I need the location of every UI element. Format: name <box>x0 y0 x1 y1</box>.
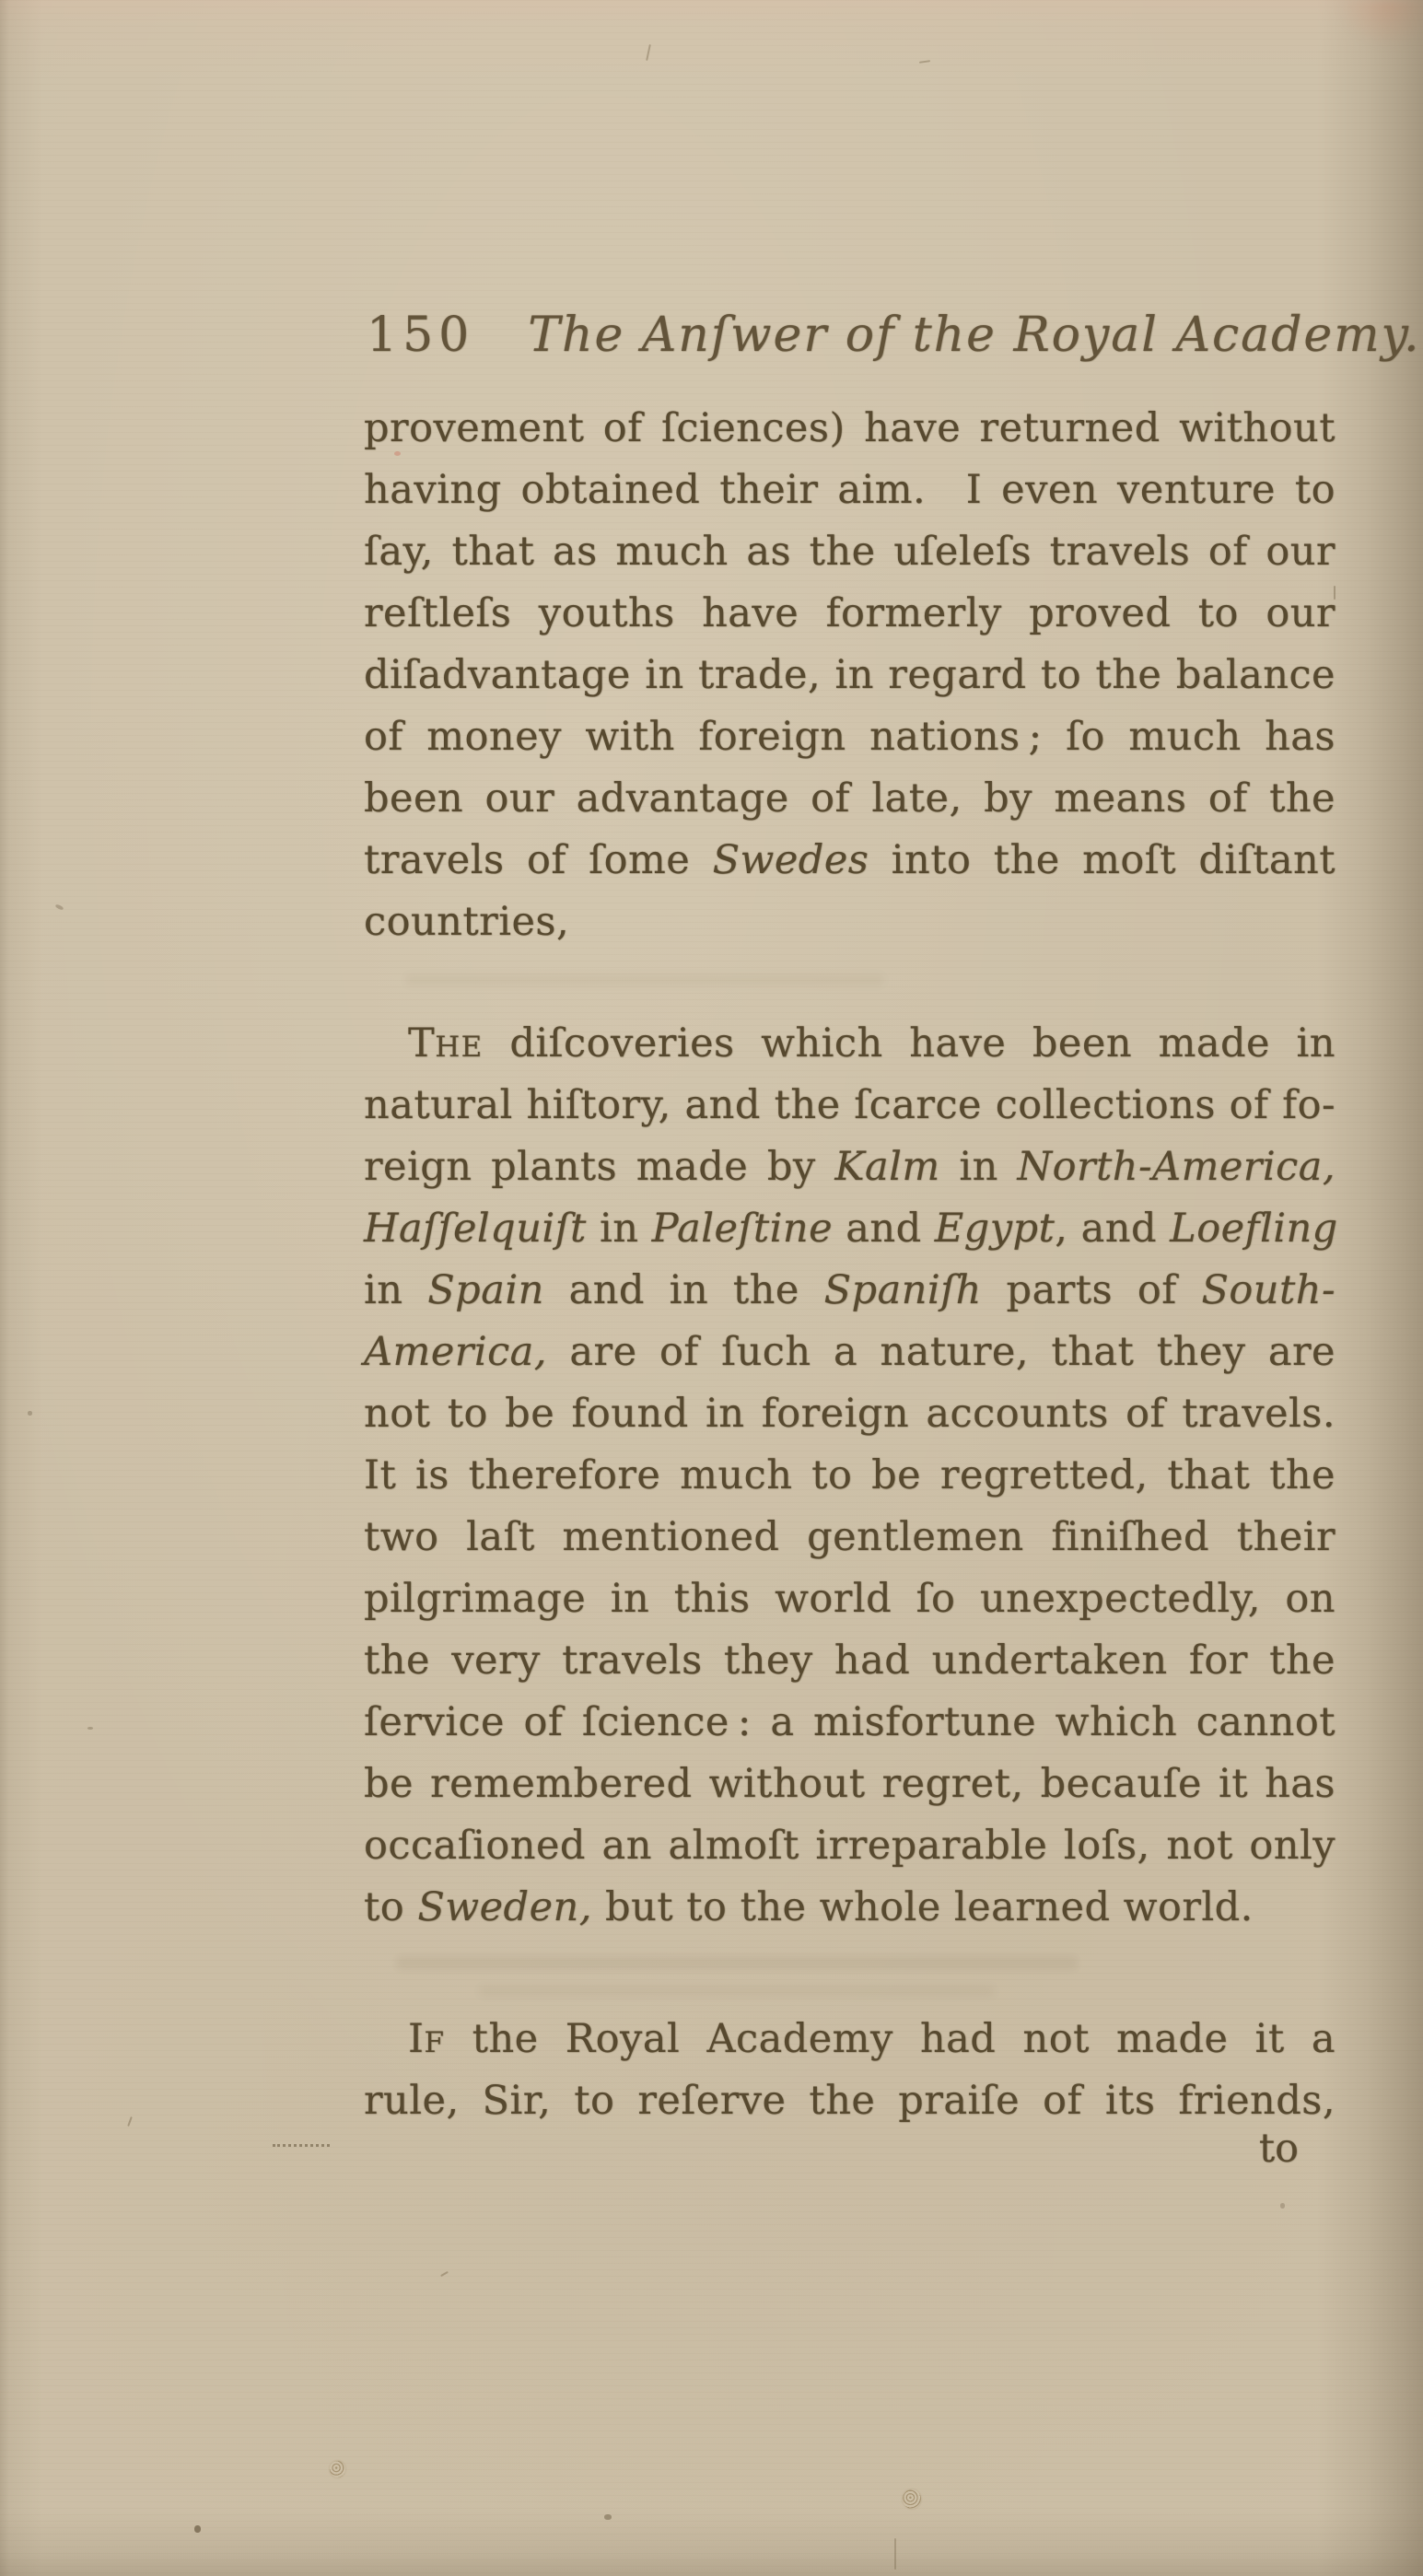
paper-speck <box>28 1411 32 1416</box>
text-line: countries, <box>364 892 1336 953</box>
paper-fiber <box>440 2271 449 2277</box>
text-line: ſay, that as much as the uſeleſs travels… <box>364 521 1336 583</box>
text-line: It is therefore much to be regretted, th… <box>364 1445 1336 1507</box>
body-text: and <box>833 1206 935 1252</box>
text-line: in Spain and in the Spaniſh parts of Sou… <box>364 1260 1336 1322</box>
text-line: diſadvantage in trade, in regard to the … <box>364 645 1336 706</box>
body-text: travels of ſome <box>364 837 713 883</box>
body-text: F <box>425 2026 446 2059</box>
text-line: two laſt mentioned gentlemen finiſhed th… <box>364 1507 1336 1568</box>
body-text: of money with foreign nations ; ſo much … <box>364 714 1336 760</box>
text-line: not to be found in foreign accounts of t… <box>364 1383 1336 1445</box>
body-text: into the moſt diſtant <box>869 837 1336 883</box>
body-text: provement of ſciences) have returned wit… <box>364 405 1336 451</box>
paper-fiber <box>919 60 930 64</box>
paper-speck <box>194 2525 201 2533</box>
body-text: the very travels they had undertaken for… <box>364 1638 1336 1684</box>
paper-fiber <box>646 44 651 61</box>
body-text: been our advantage of late, by means of … <box>364 775 1336 822</box>
body-text: are of ſuch a nature, that they are <box>547 1329 1336 1375</box>
text-line: the very travels they had undertaken for… <box>364 1630 1336 1692</box>
italic-text: Egypt <box>935 1206 1056 1252</box>
body-text: the Royal Academy had not made it a <box>445 2016 1336 2062</box>
text-line: IF the Royal Academy had not made it a <box>364 2009 1336 2070</box>
wormhole-mark <box>330 2461 345 2477</box>
italic-text: Spaniſh <box>824 1267 982 1313</box>
page-number: 150 <box>367 309 474 361</box>
paragraph-3: IF the Royal Academy had not made it aru… <box>364 2009 1336 2132</box>
body-text: in <box>940 1144 1018 1190</box>
catchword: to <box>364 2118 1336 2180</box>
body-text: pilgrimage in this world ſo unexpectedly… <box>364 1576 1336 1622</box>
body-text: reign plants made by <box>364 1144 834 1190</box>
body-text: ſervice of ſcience : a misfortune which … <box>364 1699 1336 1745</box>
body-text: ſay, that as much as the uſeleſs travels… <box>364 529 1336 575</box>
paper-speck <box>55 903 64 910</box>
text-line: ſervice of ſcience : a misfortune which … <box>364 1692 1336 1754</box>
paper-speck <box>87 1727 93 1730</box>
body-text: rule, Sir, to reſerve the praiſe of its … <box>364 2078 1336 2124</box>
ink-showthrough <box>405 974 884 985</box>
text-line: to Sweden, but to the whole learned worl… <box>364 1877 1336 1939</box>
paper-speck <box>604 2514 612 2520</box>
italic-text: Haſſelquiſt <box>364 1206 587 1252</box>
italic-text: Swedes <box>713 837 869 883</box>
text-line: be remembered without regret, becauſe it… <box>364 1754 1336 1815</box>
body-text: two laſt mentioned gentlemen finiſhed th… <box>364 1514 1336 1560</box>
body-text: natural hiſtory, and the ſcarce collecti… <box>364 1082 1336 1128</box>
text-line: provement of ſciences) have returned wit… <box>364 398 1336 460</box>
body-text: diſadvantage in trade, in regard to the … <box>364 652 1336 698</box>
paper-fiber <box>894 2538 896 2570</box>
text-line: reign plants made by Kalm in North-Ameri… <box>364 1136 1336 1198</box>
body-text: HE <box>435 1031 484 1064</box>
body-text: but to the whole learned world. <box>592 1884 1254 1930</box>
text-line: natural hiſtory, and the ſcarce collecti… <box>364 1075 1336 1136</box>
body-text: be remembered without regret, becauſe it… <box>364 1761 1336 1807</box>
body-text: occaſioned an almoſt irreparable loſs, n… <box>364 1823 1336 1869</box>
paragraph-1: provement of ſciences) have returned wit… <box>364 398 1336 953</box>
italic-text: Sweden, <box>417 1884 592 1930</box>
body-text: , and <box>1055 1206 1170 1252</box>
ink-showthrough <box>396 1956 1078 1970</box>
body-text: not to be found in foreign accounts of t… <box>364 1391 1336 1437</box>
body-text: in <box>587 1206 652 1252</box>
italic-text: North-America, <box>1017 1144 1336 1190</box>
body-text: I <box>408 2016 425 2062</box>
italic-text: South- <box>1201 1267 1336 1313</box>
page-scan: 150 The Anſwer of the Royal Academy. pro… <box>0 0 1423 2576</box>
text-line: occaſioned an almoſt irreparable loſs, n… <box>364 1815 1336 1877</box>
text-line: Haſſelquiſt in Paleſtine and Egypt, and … <box>364 1198 1336 1260</box>
wormhole-mark <box>903 2489 921 2509</box>
body-text: It is therefore much to be regretted, th… <box>364 1452 1336 1498</box>
body-text: countries, <box>364 899 569 945</box>
italic-text: America, <box>364 1329 547 1375</box>
body-text: and in the <box>544 1267 824 1313</box>
ink-showthrough <box>479 1986 995 1997</box>
paper-speck <box>1280 2203 1285 2209</box>
catchword-text: to <box>1259 2126 1299 2172</box>
italic-text: Paleſtine <box>652 1206 833 1252</box>
text-line: been our advantage of late, by means of … <box>364 768 1336 830</box>
body-text: having obtained their aim. I even ventur… <box>364 467 1336 513</box>
text-line: pilgrimage in this world ſo unexpectedly… <box>364 1568 1336 1630</box>
scan-corner-stain <box>1337 0 1423 48</box>
paper-fiber <box>127 2116 133 2127</box>
text-line: reſtleſs youths have formerly proved to … <box>364 583 1336 645</box>
body-text: diſcoveries which have been made in <box>484 1020 1336 1067</box>
paragraph-2: THE diſcoveries which have been made inn… <box>364 1013 1336 1939</box>
body-text: to <box>364 1884 417 1930</box>
ink-smear <box>273 2144 330 2147</box>
text-line: of money with foreign nations ; ſo much … <box>364 706 1336 768</box>
text-line: America, are of ſuch a nature, that they… <box>364 1322 1336 1383</box>
text-line: having obtained their aim. I even ventur… <box>364 460 1336 521</box>
italic-text: Kalm <box>834 1144 939 1190</box>
running-title: The Anſwer of the Royal Academy. <box>528 309 1420 361</box>
italic-text: Spain <box>427 1267 544 1313</box>
text-line: travels of ſome Swedes into the moſt diſ… <box>364 830 1336 892</box>
body-text: reſtleſs youths have formerly proved to … <box>364 590 1336 636</box>
body-text: T <box>408 1020 435 1067</box>
text-line: THE diſcoveries which have been made in <box>364 1013 1336 1075</box>
italic-text: Loefling <box>1170 1206 1338 1252</box>
body-text: in <box>364 1267 427 1313</box>
page-header: 150 The Anſwer of the Royal Academy. <box>367 309 1336 361</box>
body-text: parts of <box>982 1267 1202 1313</box>
